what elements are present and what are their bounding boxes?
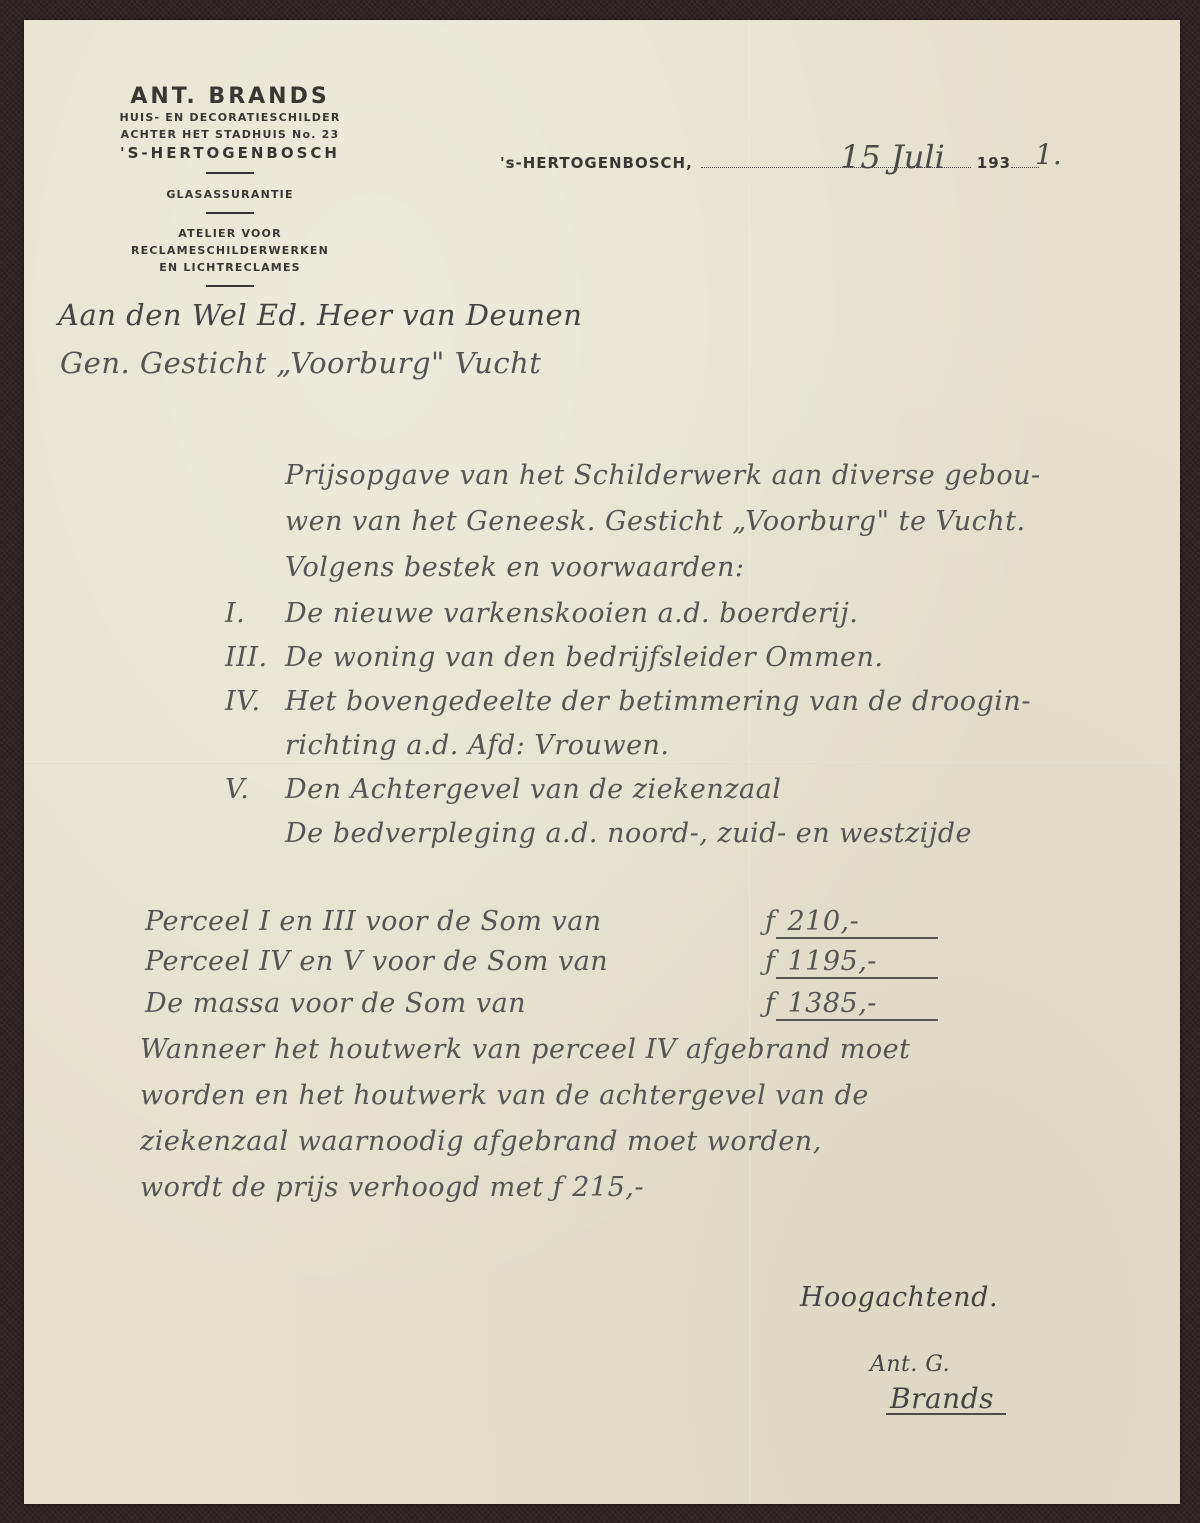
intro-line-3: Volgens bestek en voorwaarden: (285, 552, 744, 583)
handwritten-date: 15 Juli (840, 138, 945, 176)
closing-line-1: Wanneer het houtwerk van perceel IV afge… (140, 1034, 910, 1065)
item-text: richting a.d. Afd: Vrouwen. (285, 730, 670, 761)
item-text: De bedverpleging a.d. noord-, zuid- en w… (285, 818, 972, 849)
service-glass-insurance: GLASASSURANTIE (60, 186, 400, 203)
guilder-sign: ƒ (765, 946, 776, 977)
item-number: IV. (225, 686, 285, 717)
company-address: ACHTER HET STADHUIS No. 23 (60, 126, 400, 143)
amount-label: Perceel I en III voor de Som van (145, 906, 765, 937)
service-atelier-line3: EN LICHTRECLAMES (60, 259, 400, 276)
item-4: IV.Het bovengedeelte der betimmering van… (225, 686, 1031, 717)
amount-value: 1385,- (776, 988, 938, 1021)
closing-line-4: wordt de prijs verhoogd met ƒ 215,- (140, 1172, 644, 1203)
amount-row: Perceel IV en V voor de Som van ƒ 1195,- (145, 946, 938, 979)
item-number: I. (225, 598, 285, 629)
amount-row-total: De massa voor de Som van ƒ 1385,- (145, 988, 938, 1021)
guilder-sign: ƒ (765, 906, 776, 937)
signature-initials: Ant. G. (870, 1352, 950, 1377)
signature-surname: Brands (890, 1382, 994, 1415)
item-number: V. (225, 774, 285, 805)
item-text: De woning van den bedrijfsleider Ommen. (285, 642, 884, 673)
addressee-line-2: Gen. Gesticht „Voorburg" Vucht (60, 346, 541, 380)
intro-line-2: wen van het Geneesk. Gesticht „Voorburg"… (285, 506, 1026, 537)
letterhead: ANT. BRANDS HUIS- EN DECORATIESCHILDER A… (60, 60, 400, 298)
item-1: I.De nieuwe varkenskooien a.d. boerderij… (225, 598, 858, 629)
item-5-continued: De bedverpleging a.d. noord-, zuid- en w… (225, 818, 972, 849)
divider (206, 172, 254, 174)
item-text: Het bovengedeelte der betimmering van de… (285, 686, 1031, 717)
company-name: ANT. BRANDS (60, 84, 400, 109)
closing-line-2: worden en het houtwerk van de achtergeve… (140, 1080, 869, 1111)
closing-line-3: ziekenzaal waarnoodig afgebrand moet wor… (140, 1126, 822, 1157)
item-number: III. (225, 642, 285, 673)
date-place: 's-HERTOGENBOSCH, (500, 154, 693, 172)
handwritten-year-digit: 1. (1035, 138, 1062, 171)
paper-fold-horizontal (24, 762, 1180, 764)
year-prefix: 193 (977, 154, 1011, 172)
divider (206, 212, 254, 214)
addressee-line-1: Aan den Wel Ed. Heer van Deunen (58, 298, 582, 332)
item-5: V.Den Achtergevel van de ziekenzaal (225, 774, 781, 805)
signature-underline (886, 1413, 1006, 1415)
item-3: III.De woning van den bedrijfsleider Omm… (225, 642, 884, 673)
company-city: 'S-HERTOGENBOSCH (60, 144, 400, 162)
amount-value: 1195,- (776, 946, 938, 979)
item-4-continued: richting a.d. Afd: Vrouwen. (225, 730, 670, 761)
amount-label: Perceel IV en V voor de Som van (145, 946, 765, 977)
date-line: 's-HERTOGENBOSCH, 193 (500, 154, 1039, 172)
item-text: De nieuwe varkenskooien a.d. boerderij. (285, 598, 858, 629)
amount-row: Perceel I en III voor de Som van ƒ 210,- (145, 906, 938, 939)
intro-line-1: Prijsopgave van het Schilderwerk aan div… (285, 460, 1041, 491)
divider (206, 285, 254, 287)
company-trade: HUIS- EN DECORATIESCHILDER (60, 109, 400, 126)
paper-fold-vertical (749, 20, 750, 1504)
service-atelier-line1: ATELIER VOOR (60, 225, 400, 242)
amount-label: De massa voor de Som van (145, 988, 765, 1019)
closing-greeting: Hoogachtend. (800, 1282, 998, 1313)
amount-value: 210,- (776, 906, 938, 939)
service-atelier-line2: RECLAMESCHILDERWERKEN (60, 242, 400, 259)
guilder-sign: ƒ (765, 988, 776, 1019)
item-text: Den Achtergevel van de ziekenzaal (285, 774, 781, 805)
